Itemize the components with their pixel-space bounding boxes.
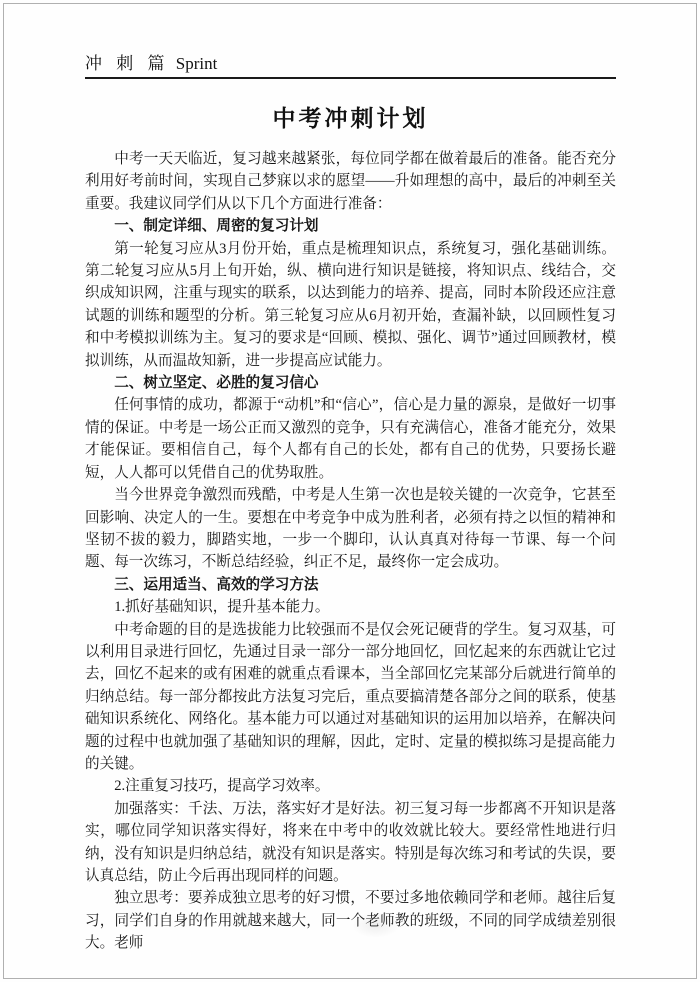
content-column: 冲 刺 篇 Sprint 中考冲刺计划 中考一天天临近，复习越来越紧张，每位同学… (85, 54, 616, 955)
section-3-paragraph-3: 独立思考：要养成独立思考的好习惯，不要过多地依赖同学和老师。越往后复习，同学们自… (85, 887, 616, 954)
section-label-english: Sprint (176, 54, 218, 73)
document-page: 冲 刺 篇 Sprint 中考冲刺计划 中考一天天临近，复习越来越紧张，每位同学… (0, 0, 700, 982)
section-2-paragraph-2: 当今世界竞争激烈而残酷，中考是人生第一次也是较关键的一次竞争，它甚至回影响、决定… (85, 484, 616, 574)
section-3-paragraph-1: 中考命题的目的是选拔能力比较强而不是仅会死记硬背的学生。复习双基，可以利用目录进… (85, 619, 616, 776)
running-header: 冲 刺 篇 Sprint (85, 54, 616, 74)
section-2-paragraph-1: 任何事情的成功，都源于“动机”和“信心”，信心是力量的源泉，是做好一切事情的保证… (85, 394, 616, 484)
section-label-chinese: 冲 刺 篇 (85, 54, 170, 73)
section-3-subitem-2: 2.注重复习技巧，提高学习效率。 (85, 775, 616, 797)
intro-paragraph: 中考一天天临近，复习越来越紧张，每位同学都在做着最后的准备。能否充分利用好考前时… (85, 148, 616, 215)
section-3-heading: 三、运用适当、高效的学习方法 (85, 574, 616, 596)
section-1-paragraph: 第一轮复习应从3月份开始，重点是梳理知识点，系统复习，强化基础训练。第二轮复习应… (85, 238, 616, 372)
page-title: 中考冲刺计划 (85, 100, 616, 133)
document-body: 中考一天天临近，复习越来越紧张，每位同学都在做着最后的准备。能否充分利用好考前时… (85, 148, 616, 955)
section-1-heading: 一、制定详细、周密的复习计划 (85, 215, 616, 237)
section-3-subitem-1: 1.抓好基础知识，提升基本能力。 (85, 596, 616, 618)
header-rule (85, 77, 616, 79)
section-2-heading: 二、树立坚定、必胜的复习信心 (85, 372, 616, 394)
section-3-paragraph-2: 加强落实：千法、万法，落实好才是好法。初三复习每一步都离不开知识是落实，哪位同学… (85, 798, 616, 888)
